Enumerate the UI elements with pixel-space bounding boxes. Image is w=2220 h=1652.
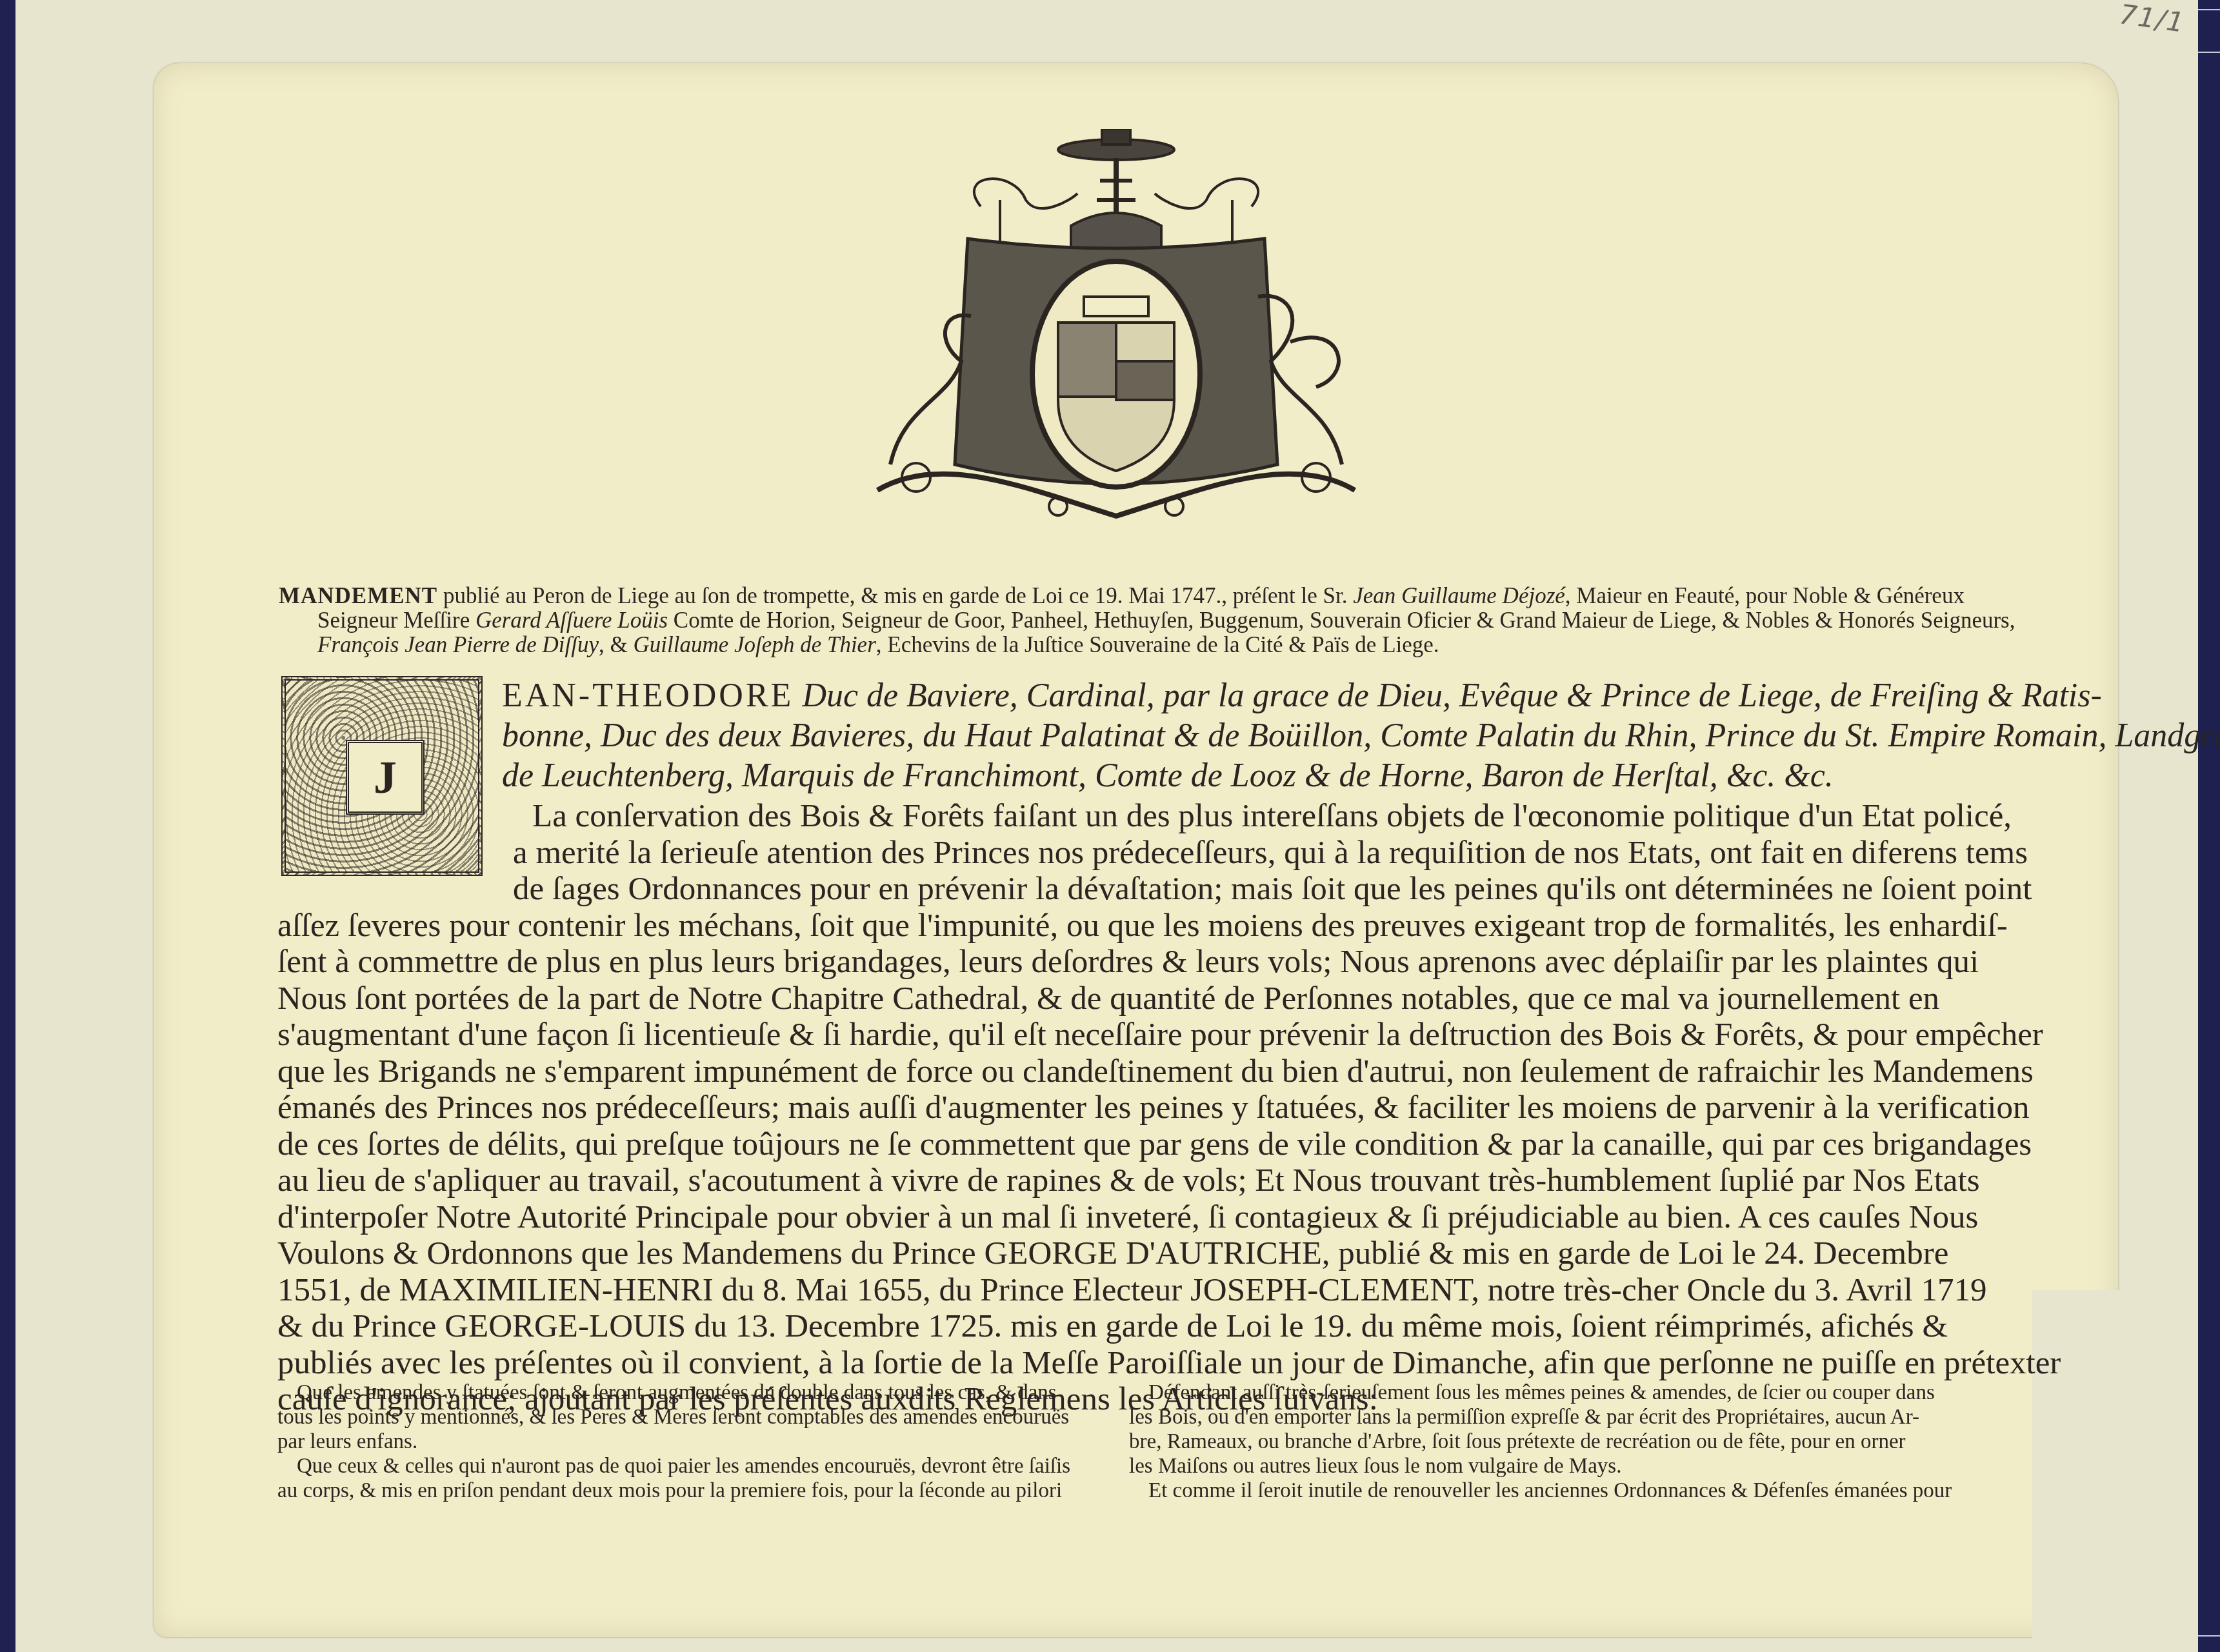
notice-line: François Jean Pierre de Diſſuy, & Guilla… [279, 633, 1982, 657]
body-line: au lieu de s'apliquer au travail, s'acou… [277, 1162, 1987, 1199]
article-line: les Maiſons ou autres lieux ſous le nom … [1129, 1454, 1968, 1478]
decree-body: La conſervation des Bois & Forêts faiſan… [277, 798, 1987, 1418]
title-line: de Leuchtenberg, Marquis de Franchimont,… [502, 756, 1986, 796]
title-line: bonne, Duc des deux Bavieres, du Haut Pa… [502, 716, 1986, 756]
article-line: tous les points y mentionnés, & les Pere… [277, 1405, 1116, 1429]
article-line: Que ceux & celles qui n'auront pas de qu… [277, 1454, 1116, 1478]
prince-title: EAN-THEODORE Duc de Baviere, Cardinal, p… [502, 676, 1986, 796]
notice-line: MANDEMENT publié au Peron de Liege au ſo… [279, 584, 1982, 608]
scan-border-left [0, 0, 15, 1652]
article-line: par leurs enfans. [277, 1429, 1116, 1454]
body-line: émanés des Princes nos prédeceſſeurs; ma… [277, 1090, 1987, 1126]
body-line: La conſervation des Bois & Forêts faiſan… [277, 798, 1987, 835]
body-line: que les Brigands ne s'emparent impunémen… [277, 1053, 1987, 1090]
publication-notice: MANDEMENT publié au Peron de Liege au ſo… [279, 584, 1982, 657]
body-line: de ſages Ordonnances pour en prévenir la… [277, 871, 1987, 908]
body-line: aſſez ſeveres pour contenir les méchans,… [277, 908, 1987, 944]
scan-border-right [2198, 0, 2220, 1652]
article-line: bre, Rameaux, ou branche d'Arbre, ſoit ſ… [1129, 1429, 1968, 1454]
body-line: & du Prince GEORGE-LOUIS du 13. Decembre… [277, 1308, 1987, 1345]
coat-of-arms-icon [865, 129, 1368, 529]
article-line: au corps, & mis en priſon pendant deux m… [277, 1478, 1116, 1503]
articles-left-column: Que les amendes y ſtatuées ſont & ſeront… [277, 1380, 1116, 1503]
body-line: ſent à commettre de plus en plus leurs b… [277, 944, 1987, 980]
body-line: 1551, de MAXIMILIEN-HENRI du 8. Mai 1655… [277, 1272, 1987, 1309]
notice-line: Seigneur Meſſire Gerard Aſſuere Loüis Co… [279, 608, 1982, 633]
body-line: Voulons & Ordonnons que les Mandemens du… [277, 1235, 1987, 1272]
body-line: de ces ſortes de délits, qui preſque toû… [277, 1126, 1987, 1163]
border-tick [2198, 52, 2220, 53]
body-line: publiés avec les préſentes où il convien… [277, 1345, 1987, 1382]
body-line: s'augmentant d'une façon ſi licentieuſe … [277, 1017, 1987, 1053]
articles-right-column: Défendant auſſi très-ſerieuſement ſous l… [1129, 1380, 1968, 1503]
title-line: EAN-THEODORE Duc de Baviere, Cardinal, p… [502, 676, 1986, 716]
border-tick [2198, 1635, 2220, 1637]
body-line: Nous ſont portées de la part de Notre Ch… [277, 980, 1987, 1017]
article-line: les Bois, ou d'en emporter ſans la permi… [1129, 1405, 1968, 1429]
article-line: Que les amendes y ſtatuées ſont & ſeront… [277, 1380, 1116, 1405]
article-line: Défendant auſſi très-ſerieuſement ſous l… [1129, 1380, 1968, 1405]
body-line: a merité la ſerieuſe atention des Prince… [277, 835, 1987, 871]
mount-visible-area [2032, 1290, 2123, 1638]
body-line: d'interpoſer Notre Autorité Principale p… [277, 1199, 1987, 1236]
article-line: Et comme il ſeroit inutile de renouvelle… [1129, 1478, 1968, 1503]
border-tick [2198, 9, 2220, 10]
